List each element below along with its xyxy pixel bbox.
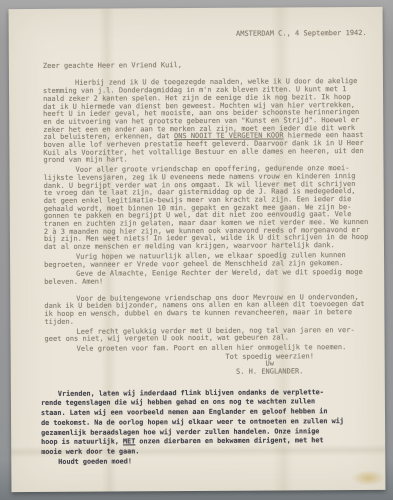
letter-dateline: AMSTERDAM C., 4 September 1942.: [43, 30, 367, 40]
postscript-line: de toekomst. Na de oorlog hopen wij elka…: [41, 417, 371, 429]
letter-closing-block: Tot spoedig weerzien! Uw S. H. ENGLANDER…: [175, 353, 365, 377]
letter-content: AMSTERDAM C., 4 September 1942. Zeer gea…: [43, 7, 370, 467]
letter-paragraph-3: Vurig hopen we natuurlijk allen, we elka…: [44, 252, 368, 269]
scan-background: AMSTERDAM C., 4 September 1942. Zeer gea…: [0, 0, 393, 500]
letter-paragraph-6: Leef recht gelukkig verder met U beiden,…: [44, 326, 368, 343]
letter-paragraph-5: Voor de buitengewone vriendschap ons doo…: [44, 294, 368, 327]
signature: S. H. ENGLANDER.: [175, 368, 365, 377]
letter-postscript: Vrienden, laten wij inderdaad flink blij…: [41, 388, 371, 468]
letter-salutation: Zeer geachte Heer en Vriend Kuil,: [43, 61, 367, 71]
met-line-post: onzen dierbaren en bekwamen dirigent, me…: [135, 436, 323, 445]
letter-paragraph-2: Voor aller groote vriendschap en opoffer…: [43, 165, 368, 252]
met-line-pre: hoop is natuurlijk,: [41, 438, 123, 446]
met-phrase: MET: [123, 438, 135, 446]
postscript-exhortation: Houdt goeden moed!: [41, 456, 371, 468]
letter-line: beleven. Amen!: [44, 277, 368, 287]
postscript-line-met: hoop is natuurlijk, MET onzen dierbaren …: [41, 436, 371, 448]
letter-paragraph-4: Geve de Almachte, Eenige Rechter der Wer…: [44, 269, 368, 286]
letter-paragraph-1: Hierbij zend ik U de toegezegde naalden,…: [43, 78, 368, 165]
paper-stain: [351, 470, 385, 486]
letter-page: AMSTERDAM C., 4 September 1942. Zeer gea…: [9, 7, 386, 492]
